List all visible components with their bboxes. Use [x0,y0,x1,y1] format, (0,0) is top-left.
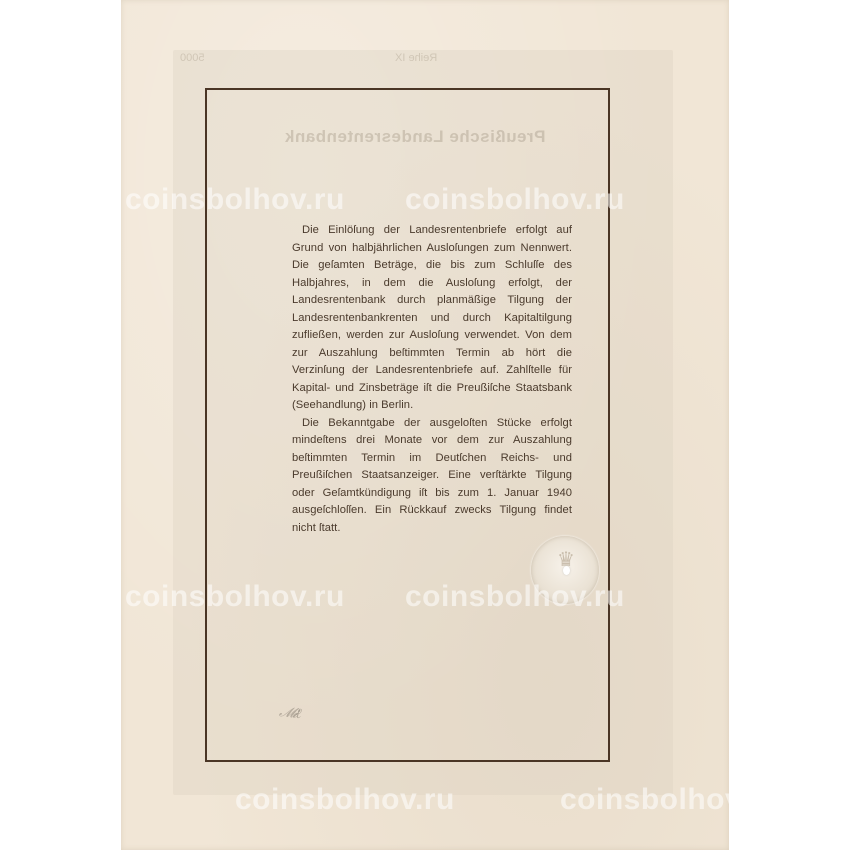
punch-hole [563,566,570,575]
watermark: coinsbolhov.ru [560,783,780,817]
document-body: Die Einlöſung der Landesrentenbriefe erf… [292,222,572,537]
ghost-denomination: 5000 [180,52,204,64]
watermark: coinsbolhov.ru [235,783,455,817]
watermark: coinsbolhov.ru [405,183,625,217]
signature: 𝓜𝓲ℓ [278,704,300,723]
watermark: coinsbolhov.ru [125,580,345,614]
watermark: coinsbolhov.ru [125,183,345,217]
ghost-series: Reihe IX [395,52,437,64]
watermark: coinsbolhov.ru [405,580,625,614]
paragraph-redemption: Die Einlöſung der Landesrentenbriefe erf… [292,222,572,415]
paragraph-announcement: Die Bekanntgabe der ausgeloſten Stücke e… [292,415,572,538]
